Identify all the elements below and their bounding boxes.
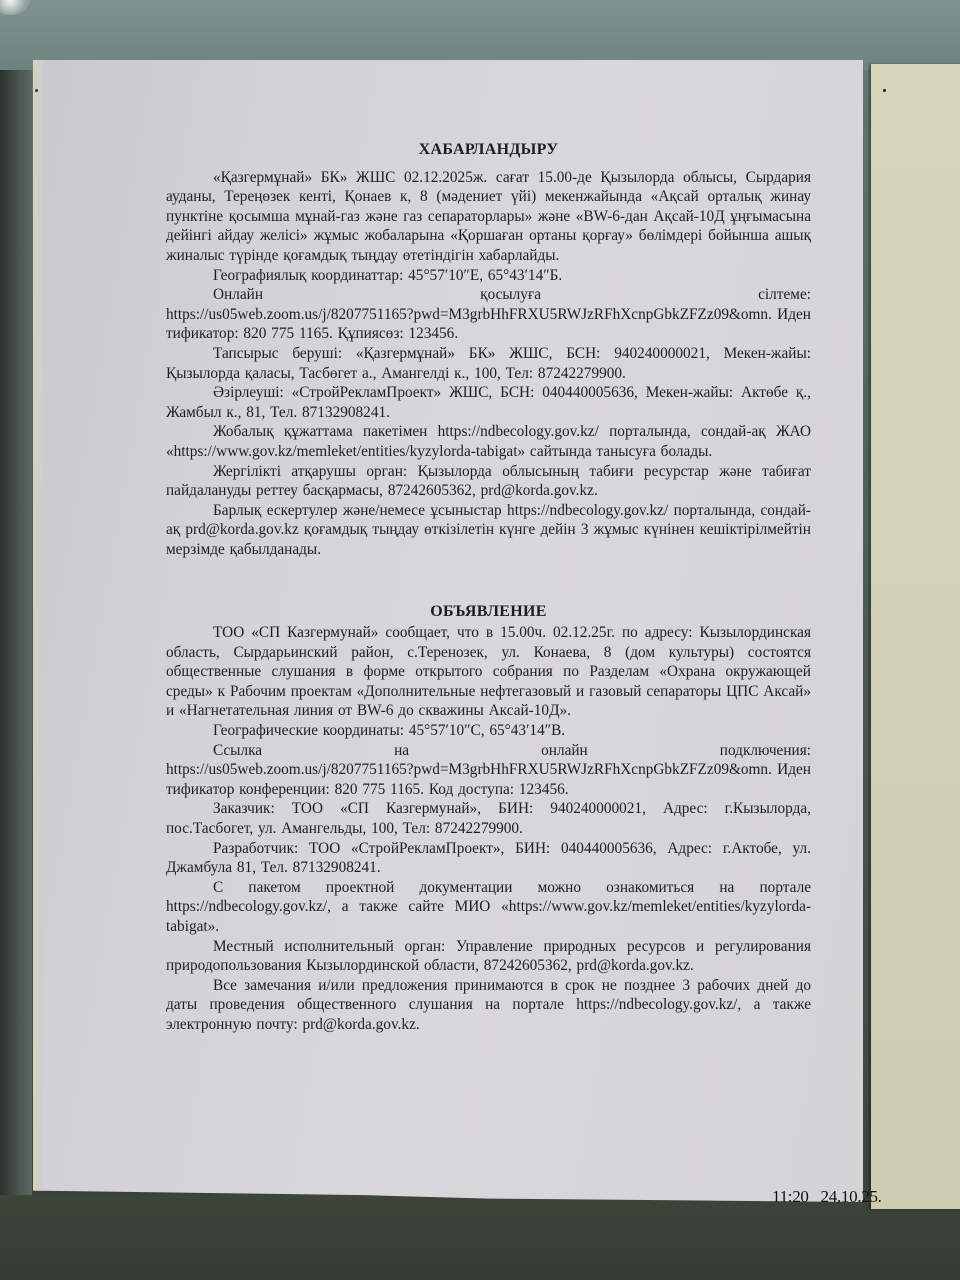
timestamp-time: 11:20 xyxy=(772,1187,809,1206)
section-russian: ОБЪЯВЛЕНИЕ ТОО «СП Казгермунай» сообщает… xyxy=(166,602,811,1034)
developer-info: Разработчик: ТОО «СтройРекламПроект», БИ… xyxy=(166,839,811,878)
section-title: ХАБАРЛАНДЫРУ xyxy=(166,140,811,160)
local-authority-info: Местный исполнительный орган: Управление… xyxy=(166,937,811,976)
online-link-label: Ссылка на онлайн подключения: xyxy=(166,741,811,761)
documentation-info: С пакетом проектной документации можно о… xyxy=(166,878,811,937)
coordinates: Географические координаты: 45°57′10″С, 6… xyxy=(166,721,811,741)
photo-timestamp: 11:20 24.10.25. xyxy=(772,1187,882,1207)
online-link-url[interactable]: https://us05web.zoom.us/j/8207751165?pwd… xyxy=(166,760,811,799)
window-glass-background xyxy=(0,0,960,70)
comments-info: Все замечания и/или предложения принимаю… xyxy=(166,976,811,1035)
pin-icon xyxy=(883,89,886,92)
online-link-url[interactable]: https://us05web.zoom.us/j/8207751165?pwd… xyxy=(166,305,811,344)
announcement-paragraph: «Қазгермұнай» БК» ЖШС 02.12.2025ж. сағат… xyxy=(166,168,811,266)
local-authority-info: Жергілікті атқарушы орган: Қызылорда обл… xyxy=(166,462,811,501)
pin-icon xyxy=(35,89,38,92)
online-link-label: Онлайн қосылуға сілтеме: xyxy=(166,285,811,305)
section-title: ОБЪЯВЛЕНИЕ xyxy=(166,602,811,622)
documentation-info: Жобалық құжаттама пакетімен https://ndbe… xyxy=(166,422,811,461)
announcement-paragraph: ТОО «СП Казгермунай» сообщает, что в 15.… xyxy=(166,623,811,721)
board-background xyxy=(0,1195,960,1280)
developer-info: Әзірлеуші: «СтройРекламПроект» ЖШС, БСН:… xyxy=(166,383,811,422)
window-frame xyxy=(0,70,32,1280)
section-kazakh: ХАБАРЛАНДЫРУ «Қазгермұнай» БК» ЖШС 02.12… xyxy=(166,140,811,559)
adjacent-notice-sheet xyxy=(871,64,960,1209)
customer-info: Тапсырыс беруші: «Қазгермұнай» БК» ЖШС, … xyxy=(166,344,811,383)
comments-info: Барлық ескертулер және/немесе ұсыныстар … xyxy=(166,501,811,560)
coordinates: Географиялық координаттар: 45°57′10″Е, 6… xyxy=(166,266,811,286)
customer-info: Заказчик: ТОО «СП Казгермунай», БИН: 940… xyxy=(166,799,811,838)
timestamp-date: 24.10.25. xyxy=(821,1187,882,1206)
notice-content: ХАБАРЛАНДЫРУ «Қазгермұнай» БК» ЖШС 02.12… xyxy=(166,140,811,1035)
